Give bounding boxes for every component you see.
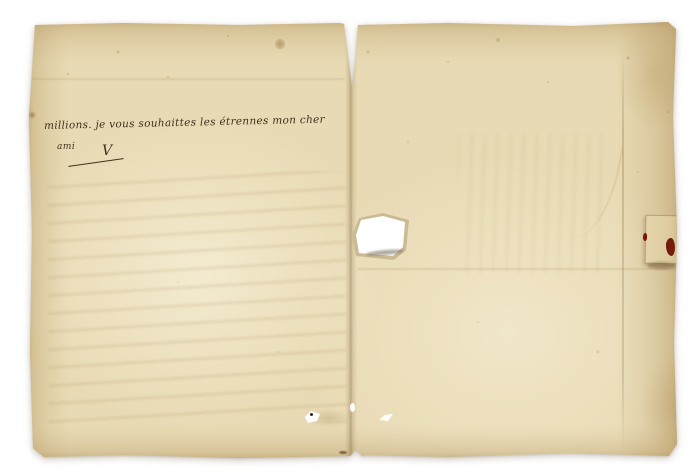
worm-hole-left-speck: [310, 413, 313, 416]
faint-curve-mark: [567, 142, 623, 243]
handwriting-block: millions. je vous souhaittes les étrenne…: [28, 22, 678, 458]
torn-hole-edge: [351, 212, 412, 266]
handwriting-line-2: ami: [57, 142, 75, 152]
fold-bottom-nick: [350, 403, 355, 412]
bottom-edge-speck: [339, 451, 347, 454]
wax-seal-flap: [645, 215, 680, 265]
ghost-marks-right-page: [458, 134, 603, 274]
handwriting-line-1: millions. je vous souhaittes les étrenne…: [44, 113, 344, 132]
horizontal-crease-right-page: [358, 268, 676, 270]
flourish-underline: [68, 158, 124, 167]
edge-vignette: [28, 22, 678, 458]
torn-hole: [354, 214, 409, 263]
ghost-writing-left-page: [47, 171, 347, 425]
center-fold: [345, 22, 357, 458]
torn-hole-shadow: [366, 248, 404, 256]
letter-paper: millions. je vous souhaittes les étrenne…: [28, 22, 678, 458]
vertical-crease-right-page: [622, 52, 624, 452]
horizontal-crease-left-page: [32, 78, 344, 80]
foxing-stains: [28, 22, 678, 458]
handwriting-flourish: V: [102, 143, 112, 159]
wax-seal-remnant-large: [666, 238, 675, 256]
worm-hole-right: [379, 414, 394, 422]
worm-hole-left: [303, 409, 322, 424]
letter-photo: millions. je vous souhaittes les étrenne…: [28, 22, 678, 458]
seal-flap-shadow: [647, 262, 676, 269]
wax-seal-remnant-small: [643, 233, 647, 241]
photo-background: millions. je vous souhaittes les étrenne…: [0, 0, 700, 475]
